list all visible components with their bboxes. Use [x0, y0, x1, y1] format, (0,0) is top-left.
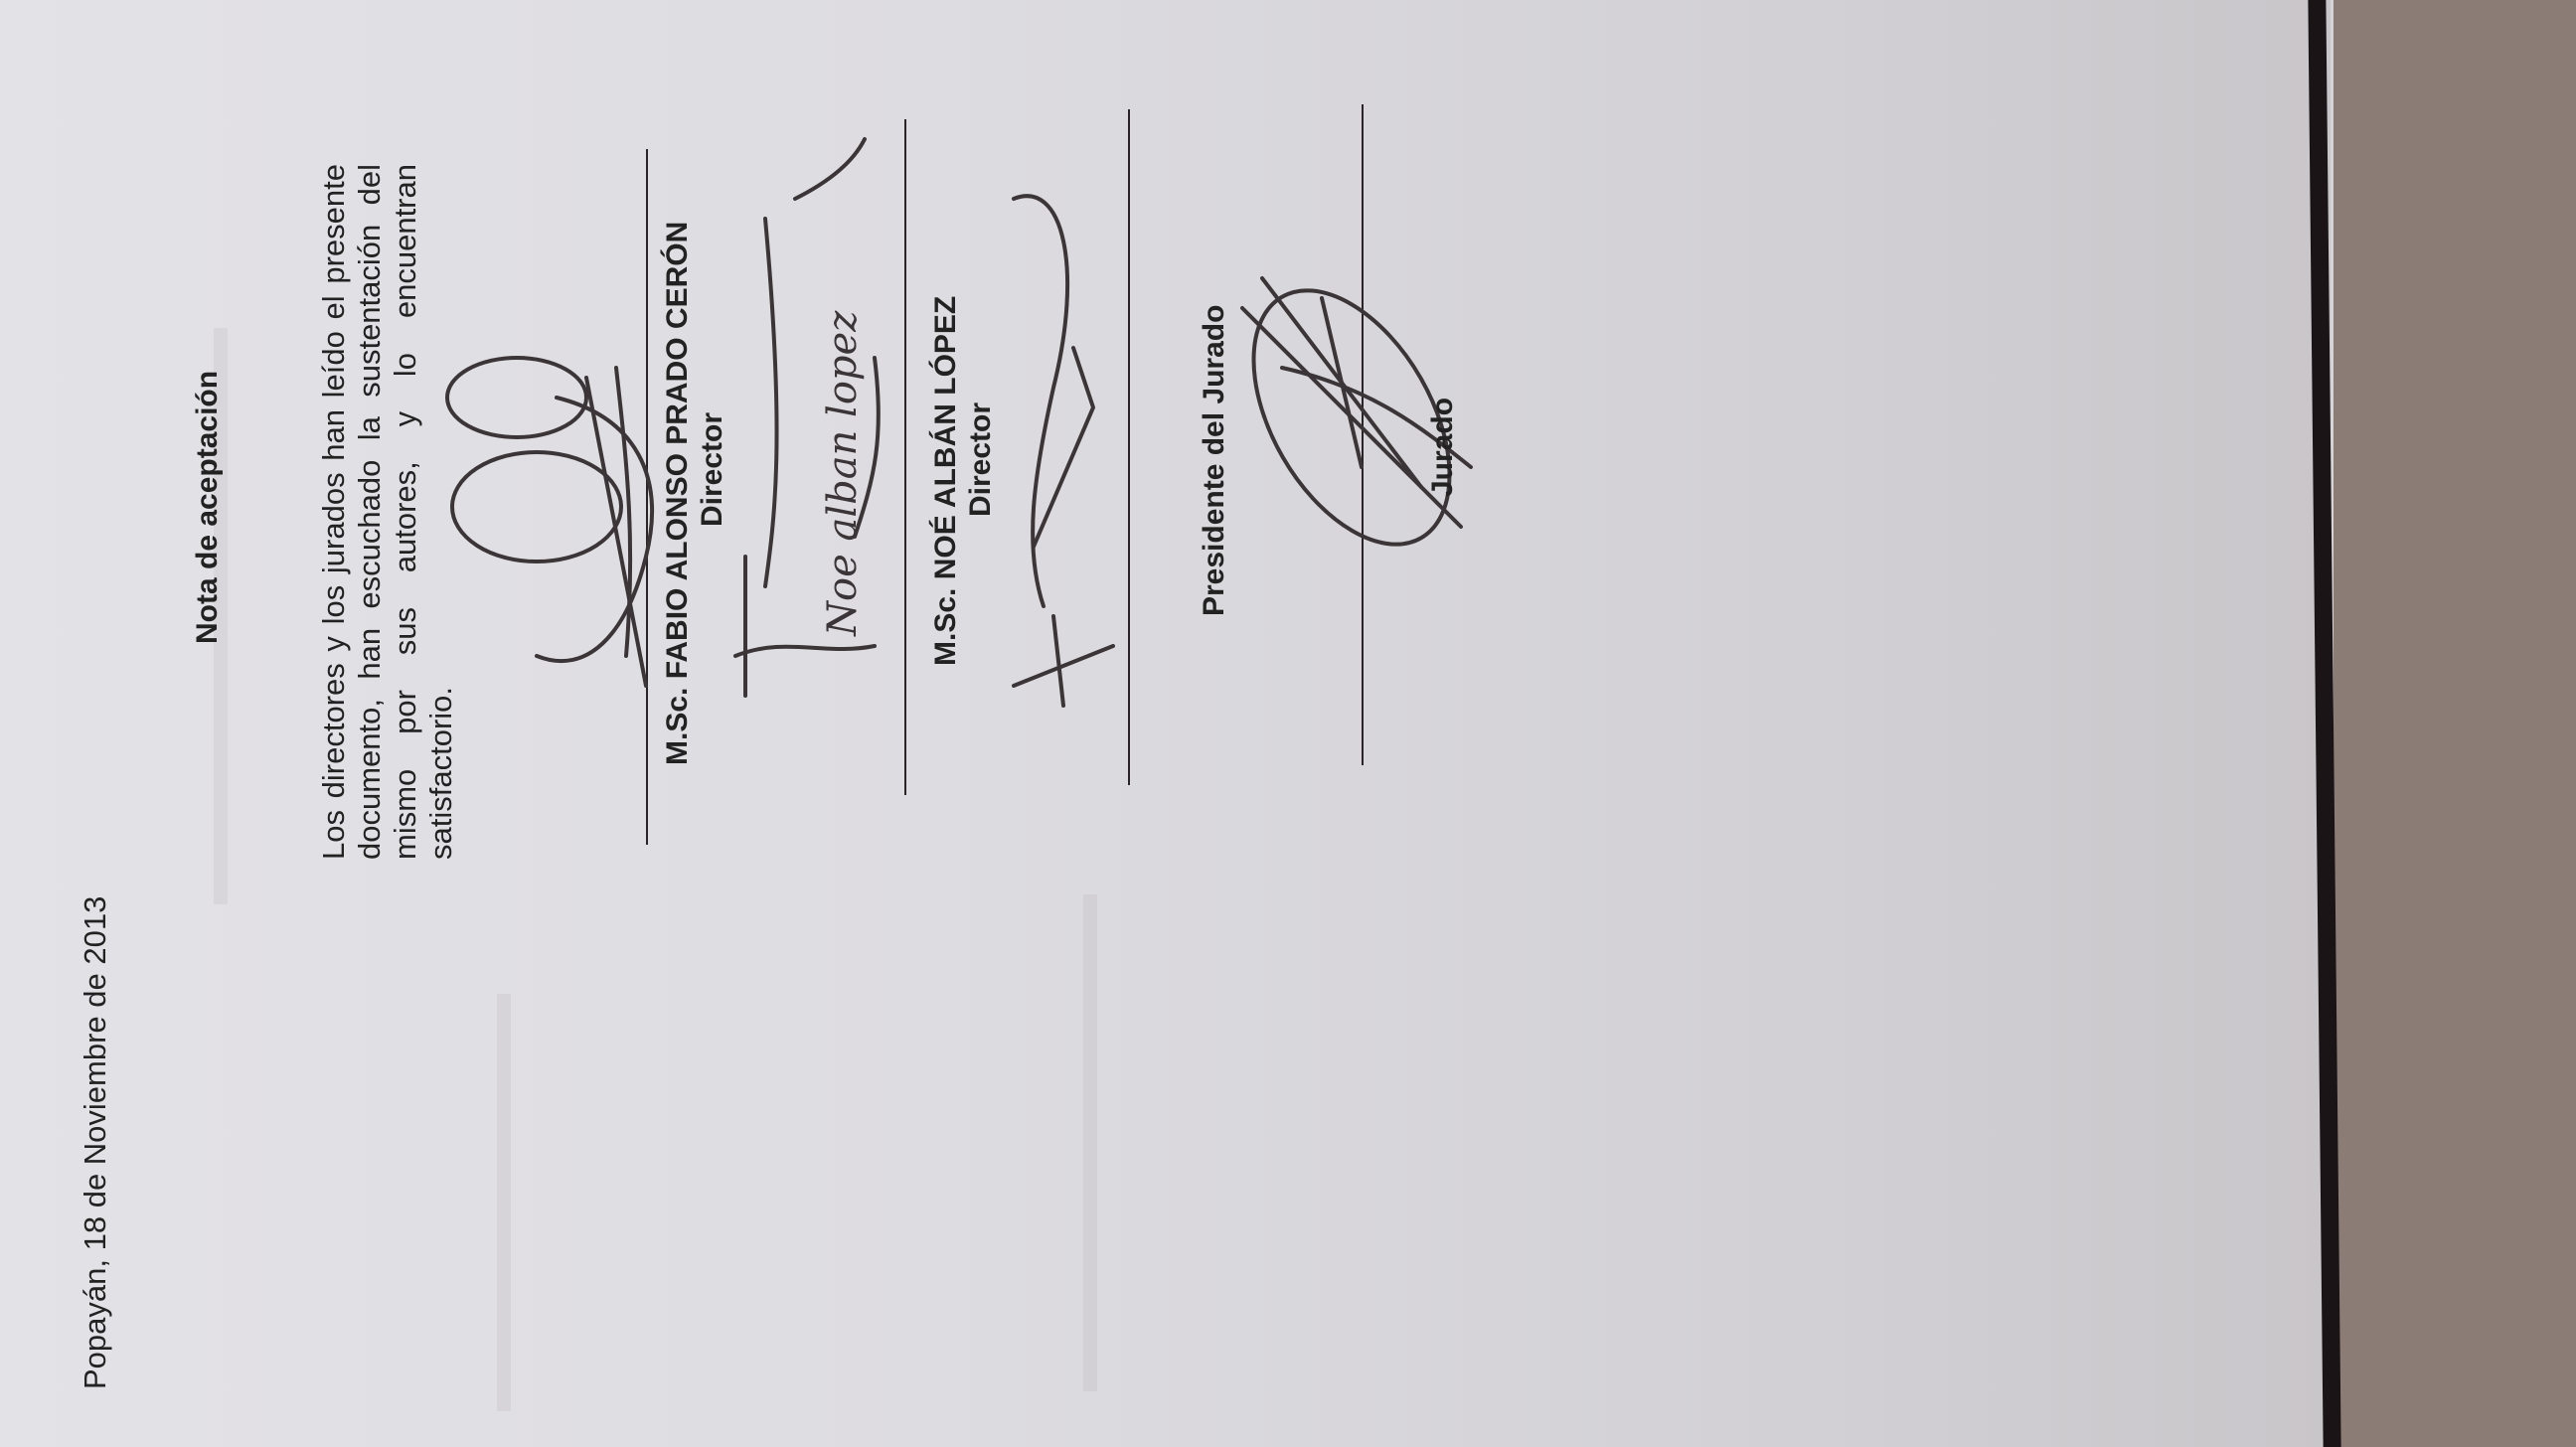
signature-director-2: [725, 139, 894, 735]
signature-script: Noe alban lopez: [820, 311, 866, 636]
page-title: Nota de aceptación: [191, 371, 225, 644]
show-through: [497, 994, 511, 1411]
signature-line: [904, 119, 906, 795]
paragraph-line: mismo por sus autores, y lo encuentran: [388, 164, 423, 860]
signature-jury-president: [994, 189, 1143, 745]
table-surface: [2334, 0, 2576, 1447]
signatory-role: Director: [964, 402, 998, 517]
signatory-role: Jurado: [1426, 398, 1460, 497]
signature-director-1: [437, 358, 696, 696]
place-date: Popayán, 18 de Noviembre de 2013: [78, 896, 113, 1389]
show-through: [1083, 894, 1097, 1391]
signatory-name: M.Sc. NOÉ ALBÁN LÓPEZ: [929, 296, 963, 666]
paragraph-line: Los directores y los jurados han leído e…: [316, 164, 352, 860]
paragraph-line: documento, han escuchado la sustentación…: [352, 164, 388, 860]
signatory-role: Director: [696, 412, 729, 527]
signatory-name: M.Sc. FABIO ALONSO PRADO CERÓN: [661, 222, 695, 765]
